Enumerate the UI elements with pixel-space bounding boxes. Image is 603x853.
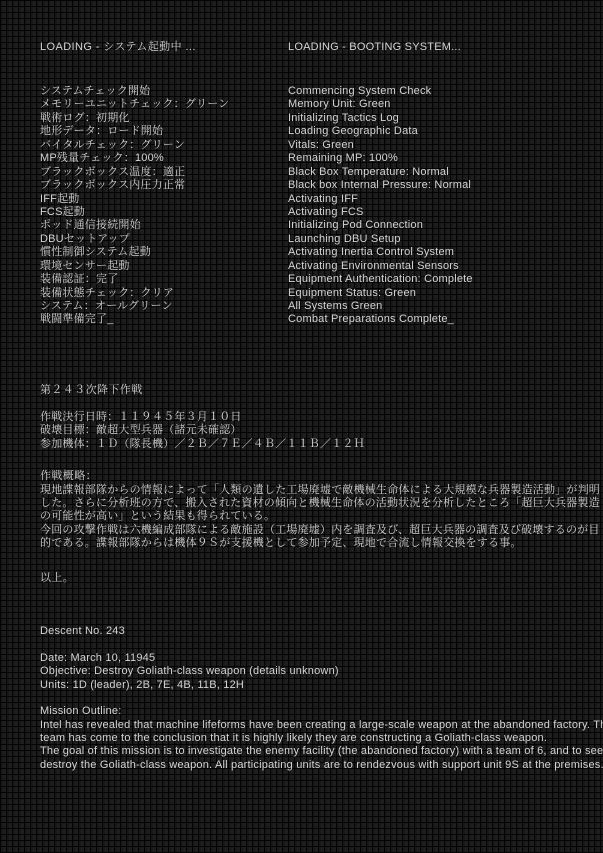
text-line: Combat Preparations Complete_ [288, 313, 473, 326]
text-line: Activating Environmental Sensors [288, 260, 473, 273]
text-line: Vitals: Green [288, 139, 473, 152]
mission-outline-label-jp: 作戦概略： [40, 470, 97, 483]
text-line: ブラックボックス内圧力正常 [40, 179, 229, 192]
text-line: 今回の攻撃作戦は六機編成部隊による敵施設（工場廃墟）内を調査及び、超巨大兵器の調… [40, 524, 600, 537]
text-line: 参加機体：１Ｄ（隊長機）／２Ｂ／７Ｅ／４Ｂ／１１Ｂ／１２Ｈ [40, 438, 365, 451]
mission-outline-en: Intel has revealed that machine lifeform… [40, 719, 603, 773]
mission-outline-label-en: Mission Outline: [40, 705, 121, 718]
text-line: した。さらに分析班の方で、搬入された資材の傾向と機械生命体の活動状況を分析したと… [40, 497, 600, 510]
text-line: 地形データ：ロード開始 [40, 125, 229, 138]
text-line: Units: 1D (leader), 2B, 7E, 4B, 11B, 12H [40, 679, 339, 692]
text-line: Intel has revealed that machine lifeform… [40, 719, 603, 732]
text-line: Commencing System Check [288, 85, 473, 98]
loading-screen: LOADING - システム起動中 ... LOADING - BOOTING … [0, 0, 603, 853]
text-line: IFF起動 [40, 193, 229, 206]
system-check-list-en: Commencing System CheckMemory Unit: Gree… [288, 85, 473, 327]
mission-heading-jp: 第２４３次降下作戦 [40, 384, 143, 397]
text-line: Initializing Tactics Log [288, 112, 473, 125]
text-line: 装備認証：完了 [40, 273, 229, 286]
text-line: All Systems Green [288, 300, 473, 313]
text-line: 作戦決行日時：１１９４５年３月１０日 [40, 411, 365, 424]
text-line: 的である。諜報部隊からは機体９Ｓが支援機として参加予定、現地で合流し情報交換をす… [40, 537, 600, 550]
text-line: DBUセットアップ [40, 233, 229, 246]
text-line: Black box Internal Pressure: Normal [288, 179, 473, 192]
text-line: The goal of this mission is to investiga… [40, 745, 603, 758]
text-line: Activating IFF [288, 193, 473, 206]
mission-heading-en: Descent No. 243 [40, 625, 125, 638]
text-line: destroy the Goliath-class weapon. All pa… [40, 759, 603, 772]
text-line: 戦闘準備完了_ [40, 313, 229, 326]
text-line: 慣性制御システム起動 [40, 246, 229, 259]
mission-details-en: Date: March 10, 11945Objective: Destroy … [40, 652, 339, 692]
text-line: ブラックボックス温度：適正 [40, 166, 229, 179]
text-line: Date: March 10, 11945 [40, 652, 339, 665]
text-line: 装備状態チェック：クリア [40, 287, 229, 300]
text-line: Equipment Status: Green [288, 287, 473, 300]
text-line: Equipment Authentication: Complete [288, 273, 473, 286]
text-line: 現地諜報部隊からの情報によって「人類の遺した工場廃墟で敵機械生命体による大規模な… [40, 484, 600, 497]
text-line: MP残量チェック：100% [40, 152, 229, 165]
text-line: Activating Inertia Control System [288, 246, 473, 259]
text-line: の可能性が高い」という結果も得られている。 [40, 510, 600, 523]
text-line: 環境センサー起動 [40, 260, 229, 273]
text-line: 戦術ログ：初期化 [40, 112, 229, 125]
system-check-list-jp: システムチェック開始メモリーユニットチェック：グリーン戦術ログ：初期化地形データ… [40, 85, 229, 327]
text-line: Objective: Destroy Goliath-class weapon … [40, 665, 339, 678]
mission-outline-jp: 現地諜報部隊からの情報によって「人類の遺した工場廃墟で敵機械生命体による大規模な… [40, 484, 600, 551]
text-line: Black Box Temperature: Normal [288, 166, 473, 179]
mission-closing-jp: 以上。 [40, 572, 74, 585]
text-line: システムチェック開始 [40, 85, 229, 98]
text-line: Memory Unit: Green [288, 98, 473, 111]
text-line: team has come to the conclusion that it … [40, 732, 603, 745]
loading-status-en: LOADING - BOOTING SYSTEM... [288, 41, 461, 54]
text-line: バイタルチェック：グリーン [40, 139, 229, 152]
loading-status-jp: LOADING - システム起動中 ... [40, 41, 196, 54]
text-line: Loading Geographic Data [288, 125, 473, 138]
text-line: Initializing Pod Connection [288, 219, 473, 232]
text-line: 破壊目標：敵超大型兵器（諸元未確認） [40, 424, 365, 437]
text-line: メモリーユニットチェック：グリーン [40, 98, 229, 111]
mission-details-jp: 作戦決行日時：１１９４５年３月１０日破壊目標：敵超大型兵器（諸元未確認）参加機体… [40, 411, 365, 451]
text-line: Activating FCS [288, 206, 473, 219]
text-line: Remaining MP: 100% [288, 152, 473, 165]
text-line: FCS起動 [40, 206, 229, 219]
text-line: ポッド通信接続開始 [40, 219, 229, 232]
text-line: システム：オールグリーン [40, 300, 229, 313]
text-line: Launching DBU Setup [288, 233, 473, 246]
